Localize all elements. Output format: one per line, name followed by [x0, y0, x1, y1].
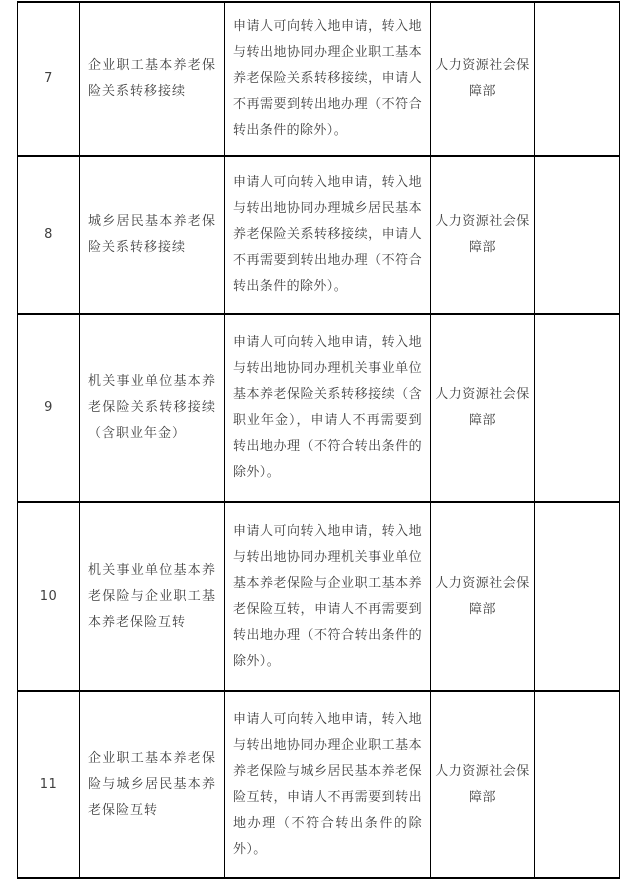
table-row: 8 城乡居民基本养老保险关系转移接续 申请人可向转入地申请，转入地与转出地协同办…	[18, 156, 620, 314]
item-name-cell: 企业职工基本养老保险与城乡居民基本养老保险互转	[80, 691, 225, 878]
table-row: 9 机关事业单位基本养老保险关系转移接续（含职业年金） 申请人可向转入地申请，转…	[18, 314, 620, 502]
description-cell: 申请人可向转入地申请，转入地与转出地协同办理企业职工基本养老保险关系转移接续，申…	[225, 2, 431, 156]
description-cell: 申请人可向转入地申请，转入地与转出地协同办理机关事业单位基本养老保险关系转移接续…	[225, 314, 431, 502]
description-cell: 申请人可向转入地申请，转入地与转出地协同办理城乡居民基本养老保险关系转移接续，申…	[225, 156, 431, 314]
note-cell	[535, 502, 620, 691]
note-cell	[535, 156, 620, 314]
item-name-cell: 机关事业单位基本养老保险关系转移接续（含职业年金）	[80, 314, 225, 502]
note-cell	[535, 314, 620, 502]
item-name-cell: 城乡居民基本养老保险关系转移接续	[80, 156, 225, 314]
department-cell: 人力资源社会保障部	[431, 2, 535, 156]
note-cell	[535, 2, 620, 156]
department-cell: 人力资源社会保障部	[431, 314, 535, 502]
department-cell: 人力资源社会保障部	[431, 156, 535, 314]
description-cell: 申请人可向转入地申请，转入地与转出地协同办理企业职工基本养老保险与城乡居民基本养…	[225, 691, 431, 878]
note-cell	[535, 691, 620, 878]
row-number-cell: 7	[18, 2, 80, 156]
table-row: 10 机关事业单位基本养老保险与企业职工基本养老保险互转 申请人可向转入地申请，…	[18, 502, 620, 691]
row-number-cell: 11	[18, 691, 80, 878]
department-cell: 人力资源社会保障部	[431, 502, 535, 691]
table-row: 11 企业职工基本养老保险与城乡居民基本养老保险互转 申请人可向转入地申请，转入…	[18, 691, 620, 878]
department-cell: 人力资源社会保障部	[431, 691, 535, 878]
row-number-cell: 8	[18, 156, 80, 314]
description-cell: 申请人可向转入地申请，转入地与转出地协同办理机关事业单位基本养老保险与企业职工基…	[225, 502, 431, 691]
services-table: 7 企业职工基本养老保险关系转移接续 申请人可向转入地申请，转入地与转出地协同办…	[17, 1, 620, 879]
row-number-cell: 10	[18, 502, 80, 691]
table-row: 7 企业职工基本养老保险关系转移接续 申请人可向转入地申请，转入地与转出地协同办…	[18, 2, 620, 156]
item-name-cell: 机关事业单位基本养老保险与企业职工基本养老保险互转	[80, 502, 225, 691]
item-name-cell: 企业职工基本养老保险关系转移接续	[80, 2, 225, 156]
row-number-cell: 9	[18, 314, 80, 502]
